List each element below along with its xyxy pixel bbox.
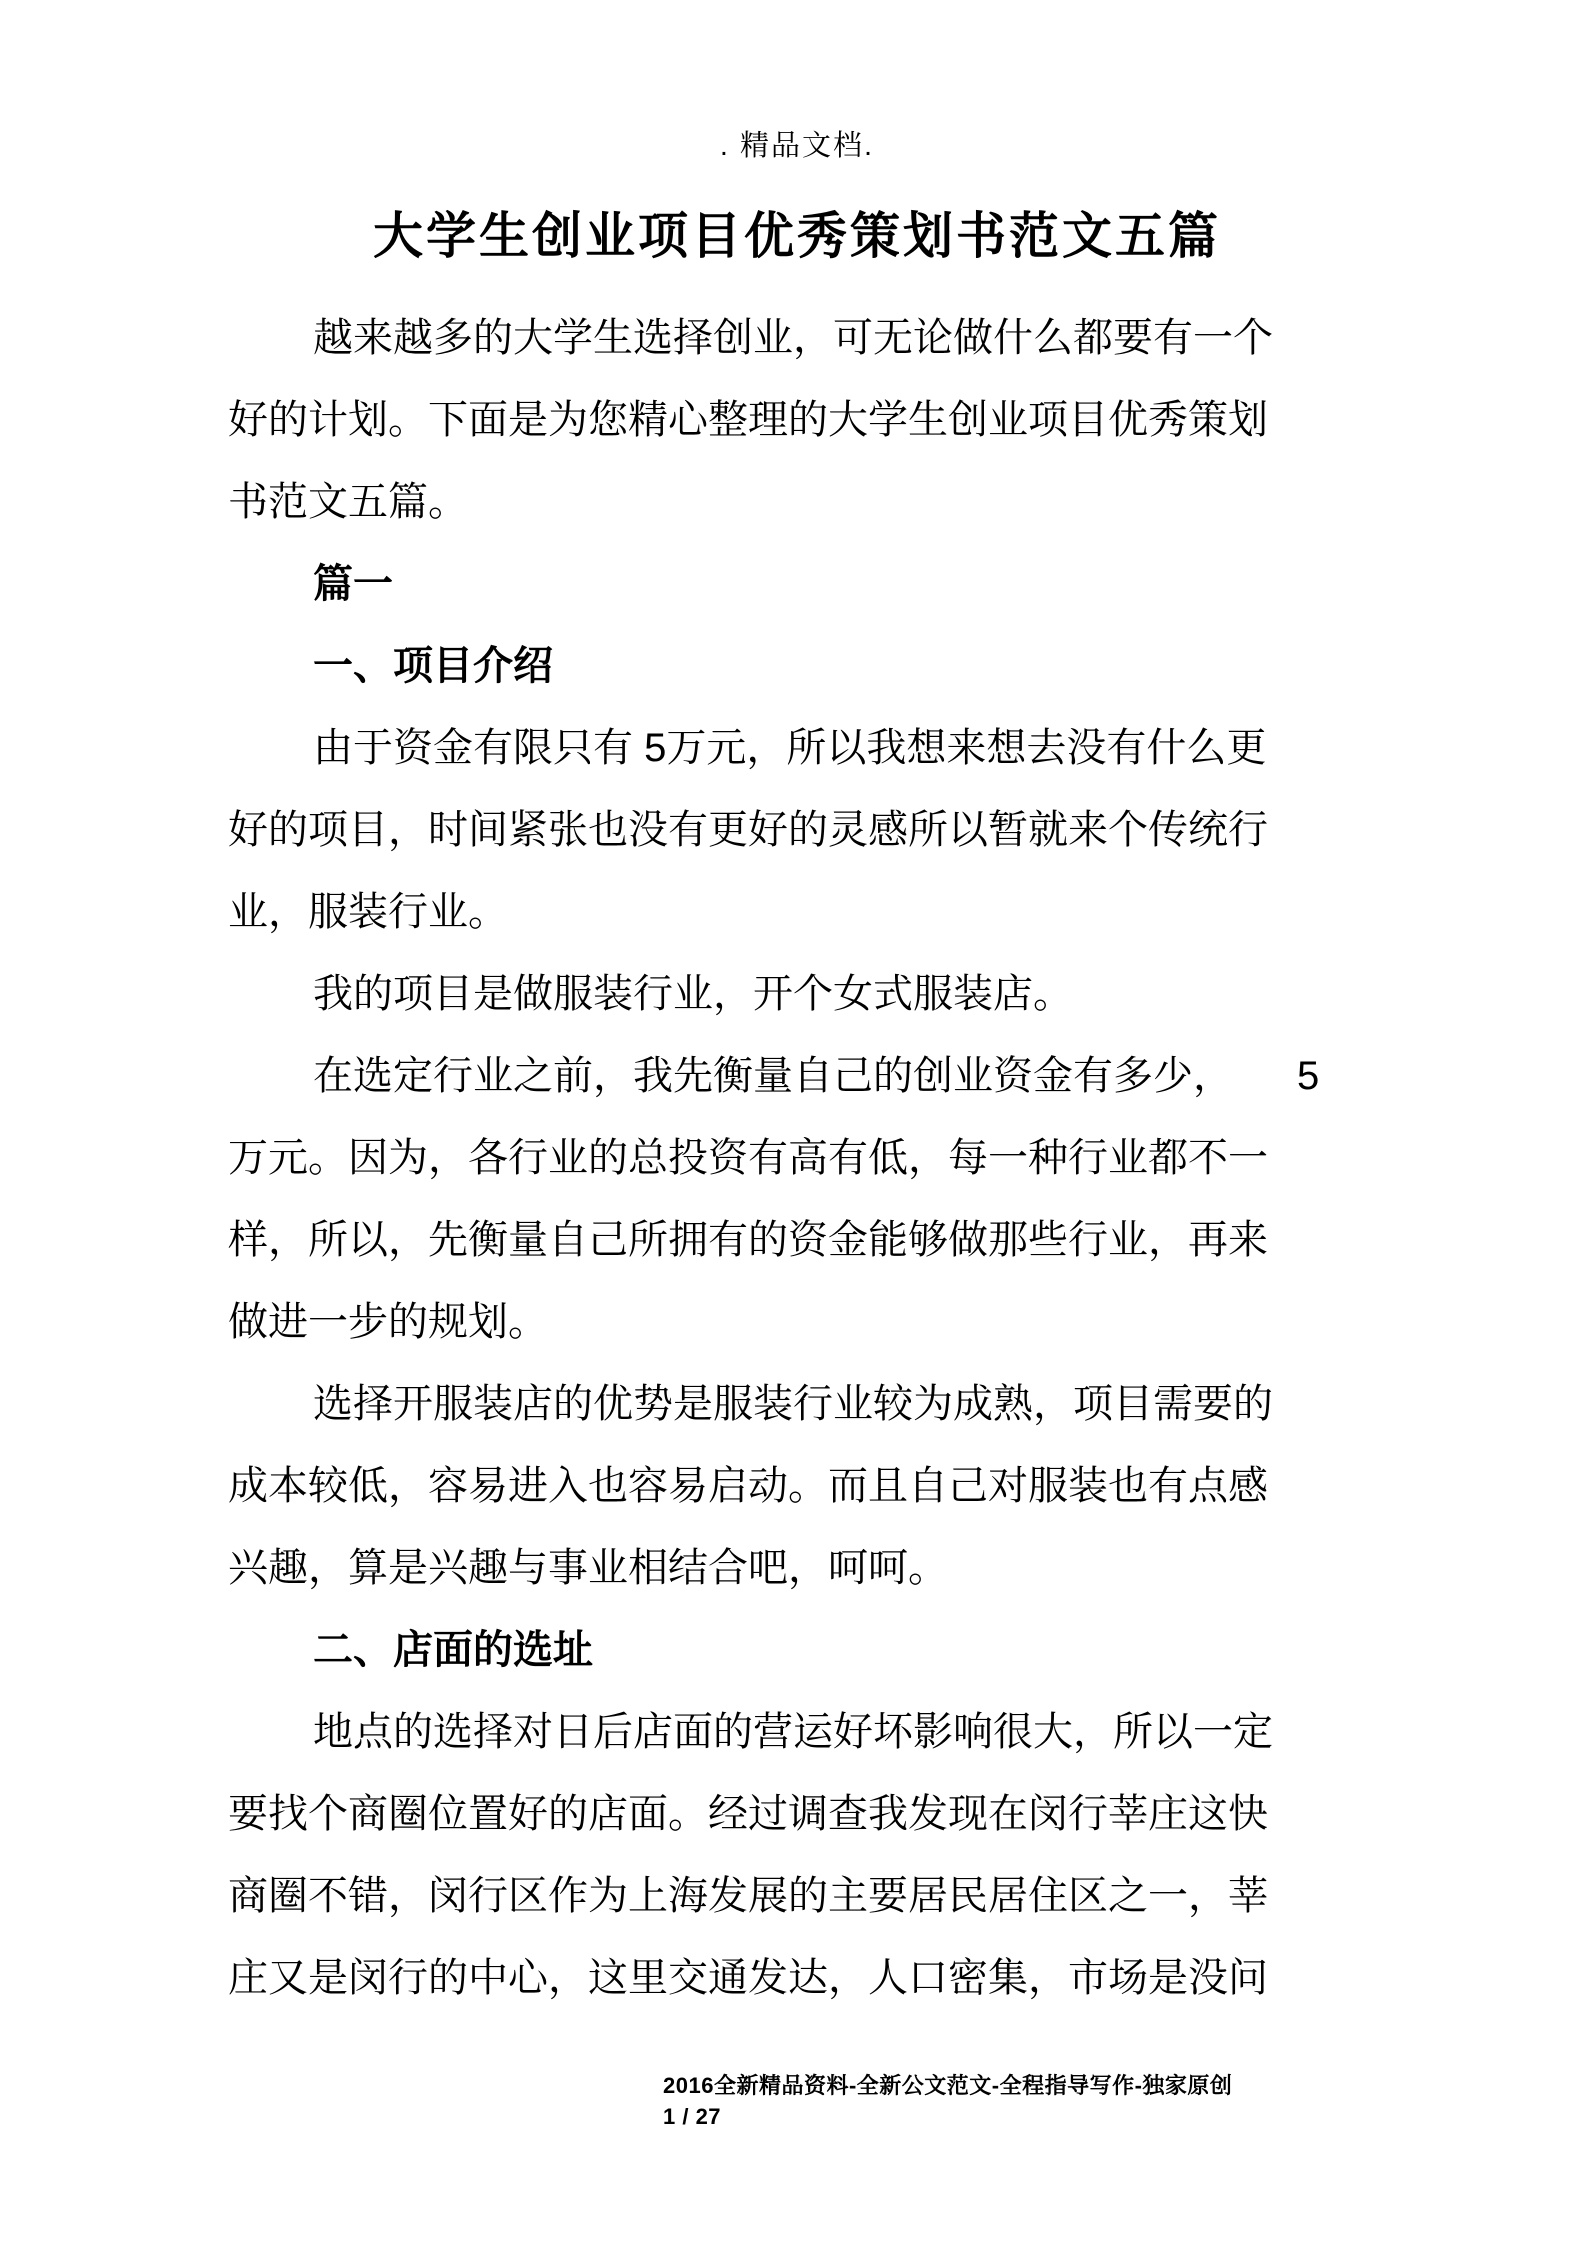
text-line-content: 篇一	[313, 562, 393, 606]
text-line: 兴趣，算是兴趣与事业相结合吧，呵呵。	[228, 1527, 1242, 1609]
document-page: { "page": { "header": ". 精品文档.", "title"…	[0, 0, 1594, 2256]
text-line: 由于资金有限只有 5万元，所以我想来想去没有什么更	[228, 707, 1242, 789]
page-header-text: . 精品文档.	[0, 124, 1594, 168]
text-line-content: 要找个商圈位置好的店面。经过调查我发现在闵行莘庄这快	[228, 1792, 1268, 1836]
text-line: 做进一步的规划。	[228, 1281, 1242, 1363]
text-line: 越来越多的大学生选择创业，可无论做什么都要有一个	[228, 297, 1242, 379]
text-line: 好的计划。下面是为您精心整理的大学生创业项目优秀策划	[228, 379, 1242, 461]
text-line-content: 商圈不错，闵行区作为上海发展的主要居民居住区之一，莘	[228, 1874, 1268, 1918]
text-line-content: 好的计划。下面是为您精心整理的大学生创业项目优秀策划	[228, 398, 1268, 442]
text-line-content: 样，所以，先衡量自己所拥有的资金能够做那些行业，再来	[228, 1218, 1268, 1262]
line-end-number: 5	[1297, 1035, 1319, 1117]
text-line: 样，所以，先衡量自己所拥有的资金能够做那些行业，再来	[228, 1199, 1242, 1281]
text-line-content: 越来越多的大学生选择创业，可无论做什么都要有一个	[313, 316, 1273, 360]
text-line-content: 兴趣，算是兴趣与事业相结合吧，呵呵。	[228, 1546, 948, 1590]
text-line-content: 由于资金有限只有 5万元，所以我想来想去没有什么更	[313, 726, 1266, 770]
footer-slogan: 2016全新精品资料-全新公文范文-全程指导写作-独家原创	[663, 2070, 1232, 2101]
text-line: 在选定行业之前，我先衡量自己的创业资金有多少，5	[228, 1035, 1242, 1117]
text-line: 庄又是闵行的中心，这里交通发达，人口密集，市场是没问	[228, 1937, 1242, 2019]
text-line: 我的项目是做服装行业，开个女式服装店。	[228, 953, 1242, 1035]
text-line-content: 地点的选择对日后店面的营运好坏影响很大，所以一定	[313, 1710, 1273, 1754]
text-line: 二、店面的选址	[228, 1609, 1242, 1691]
text-line-content: 选择开服装店的优势是服装行业较为成熟，项目需要的	[313, 1382, 1273, 1426]
text-line: 业，服装行业。	[228, 871, 1242, 953]
text-line: 要找个商圈位置好的店面。经过调查我发现在闵行莘庄这快	[228, 1773, 1242, 1855]
page-number: 1 / 27	[663, 2101, 1232, 2132]
text-line-content: 业，服装行业。	[228, 890, 508, 934]
text-line-content: 好的项目，时间紧张也没有更好的灵感所以暂就来个传统行	[228, 808, 1268, 852]
text-line: 好的项目，时间紧张也没有更好的灵感所以暂就来个传统行	[228, 789, 1242, 871]
text-line: 书范文五篇。	[228, 461, 1242, 543]
text-line-content: 我的项目是做服装行业，开个女式服装店。	[313, 972, 1073, 1016]
text-line-content: 做进一步的规划。	[228, 1300, 548, 1344]
text-line-content: 在选定行业之前，我先衡量自己的创业资金有多少，	[313, 1054, 1233, 1098]
page-background: . 精品文档. 大学生创业项目优秀策划书范文五篇 越来越多的大学生选择创业，可无…	[0, 0, 1594, 2256]
text-line-content: 成本较低，容易进入也容易启动。而且自己对服装也有点感	[228, 1464, 1268, 1508]
text-line-content: 二、店面的选址	[313, 1628, 593, 1672]
text-line-content: 万元。因为，各行业的总投资有高有低，每一种行业都不一	[228, 1136, 1268, 1180]
text-line-content: 庄又是闵行的中心，这里交通发达，人口密集，市场是没问	[228, 1956, 1268, 2000]
text-line: 一、项目介绍	[228, 625, 1242, 707]
text-line: 万元。因为，各行业的总投资有高有低，每一种行业都不一	[228, 1117, 1242, 1199]
page-footer: 2016全新精品资料-全新公文范文-全程指导写作-独家原创 1 / 27	[663, 2070, 1232, 2132]
text-line-content: 书范文五篇。	[228, 480, 468, 524]
text-line: 地点的选择对日后店面的营运好坏影响很大，所以一定	[228, 1691, 1242, 1773]
document-title: 大学生创业项目优秀策划书范文五篇	[0, 196, 1594, 276]
text-line: 篇一	[228, 543, 1242, 625]
text-line: 成本较低，容易进入也容易启动。而且自己对服装也有点感	[228, 1445, 1242, 1527]
body-lines: 越来越多的大学生选择创业，可无论做什么都要有一个好的计划。下面是为您精心整理的大…	[228, 297, 1242, 2019]
text-line-content: 一、项目介绍	[313, 644, 553, 688]
text-line: 选择开服装店的优势是服装行业较为成熟，项目需要的	[228, 1363, 1242, 1445]
text-line: 商圈不错，闵行区作为上海发展的主要居民居住区之一，莘	[228, 1855, 1242, 1937]
